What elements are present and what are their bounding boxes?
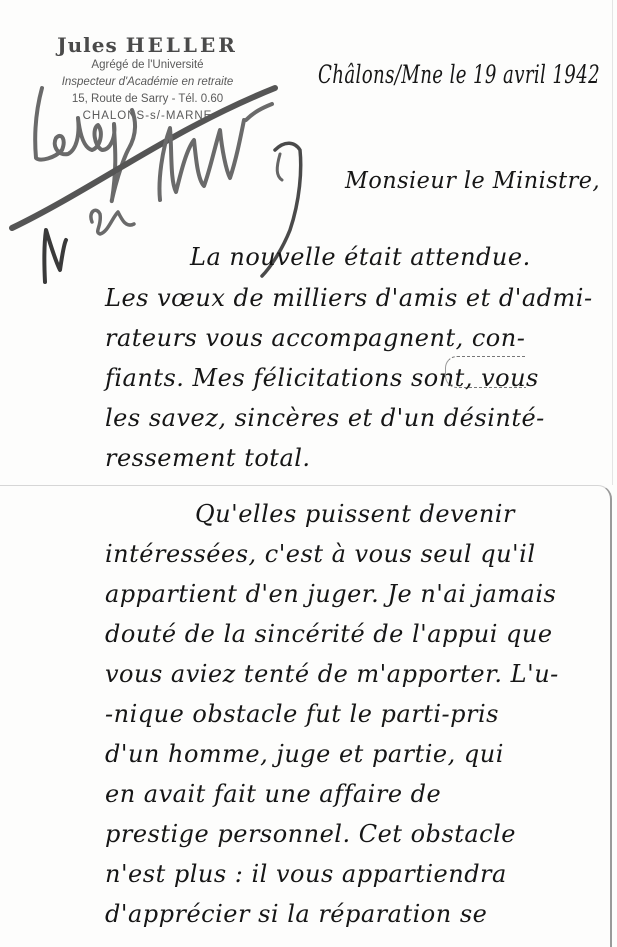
letter-line: d'apprécier si la réparation se [105, 900, 487, 928]
letter-line: appartient d'en juger. Je n'ai jamais [105, 580, 556, 608]
letterhead-title: Agrégé de l'Université [25, 57, 270, 74]
letter-line: La nouvelle était attendue. [190, 243, 531, 271]
letter-salutation: Monsieur le Ministre, [345, 168, 600, 194]
letter-line: Qu'elles puissent devenir [195, 500, 515, 528]
scanned-letter-page: Jules HELLER Agrégé de l'Université Insp… [0, 0, 617, 947]
letter-line: les savez, sincères et d'un désinté- [105, 404, 545, 432]
letterhead-first-name: Jules [57, 33, 118, 57]
letter-line: Les vœux de milliers d'amis et d'admi- [105, 284, 593, 312]
letterhead-position: Inspecteur d'Académie en retraite [25, 74, 270, 91]
letter-line: intéressées, c'est à vous seul qu'il [105, 540, 536, 568]
letterhead-name: Jules HELLER [25, 33, 270, 57]
circled-word-mark [445, 356, 526, 388]
letter-line: ressement total. [105, 444, 311, 472]
letterhead-surname: HELLER [126, 33, 238, 57]
letter-line: vous aviez tenté de m'apporter. L'u- [105, 660, 559, 688]
letterhead-city: CHALONS-s/-MARNE [25, 108, 270, 125]
letter-line: douté de la sincérité de l'appui que [105, 620, 553, 648]
letterhead: Jules HELLER Agrégé de l'Université Insp… [25, 33, 270, 125]
sheet-edge-top [612, 0, 613, 485]
letter-line: rateurs vous accompagnent, con- [105, 324, 525, 352]
letter-line: n'est plus : il vous appartiendra [105, 860, 507, 888]
letter-line: prestige personnel. Cet obstacle [105, 820, 516, 848]
letter-line: en avait fait une affaire de [105, 780, 441, 808]
letter-line: d'un homme, juge et partie, qui [105, 740, 504, 768]
letter-line: -nique obstacle fut le parti-pris [105, 700, 499, 728]
letter-date: Châlons/Mne le 19 avril 1942 [318, 60, 600, 89]
letterhead-address: 15, Route de Sarry - Tél. 0.60 [25, 91, 270, 108]
